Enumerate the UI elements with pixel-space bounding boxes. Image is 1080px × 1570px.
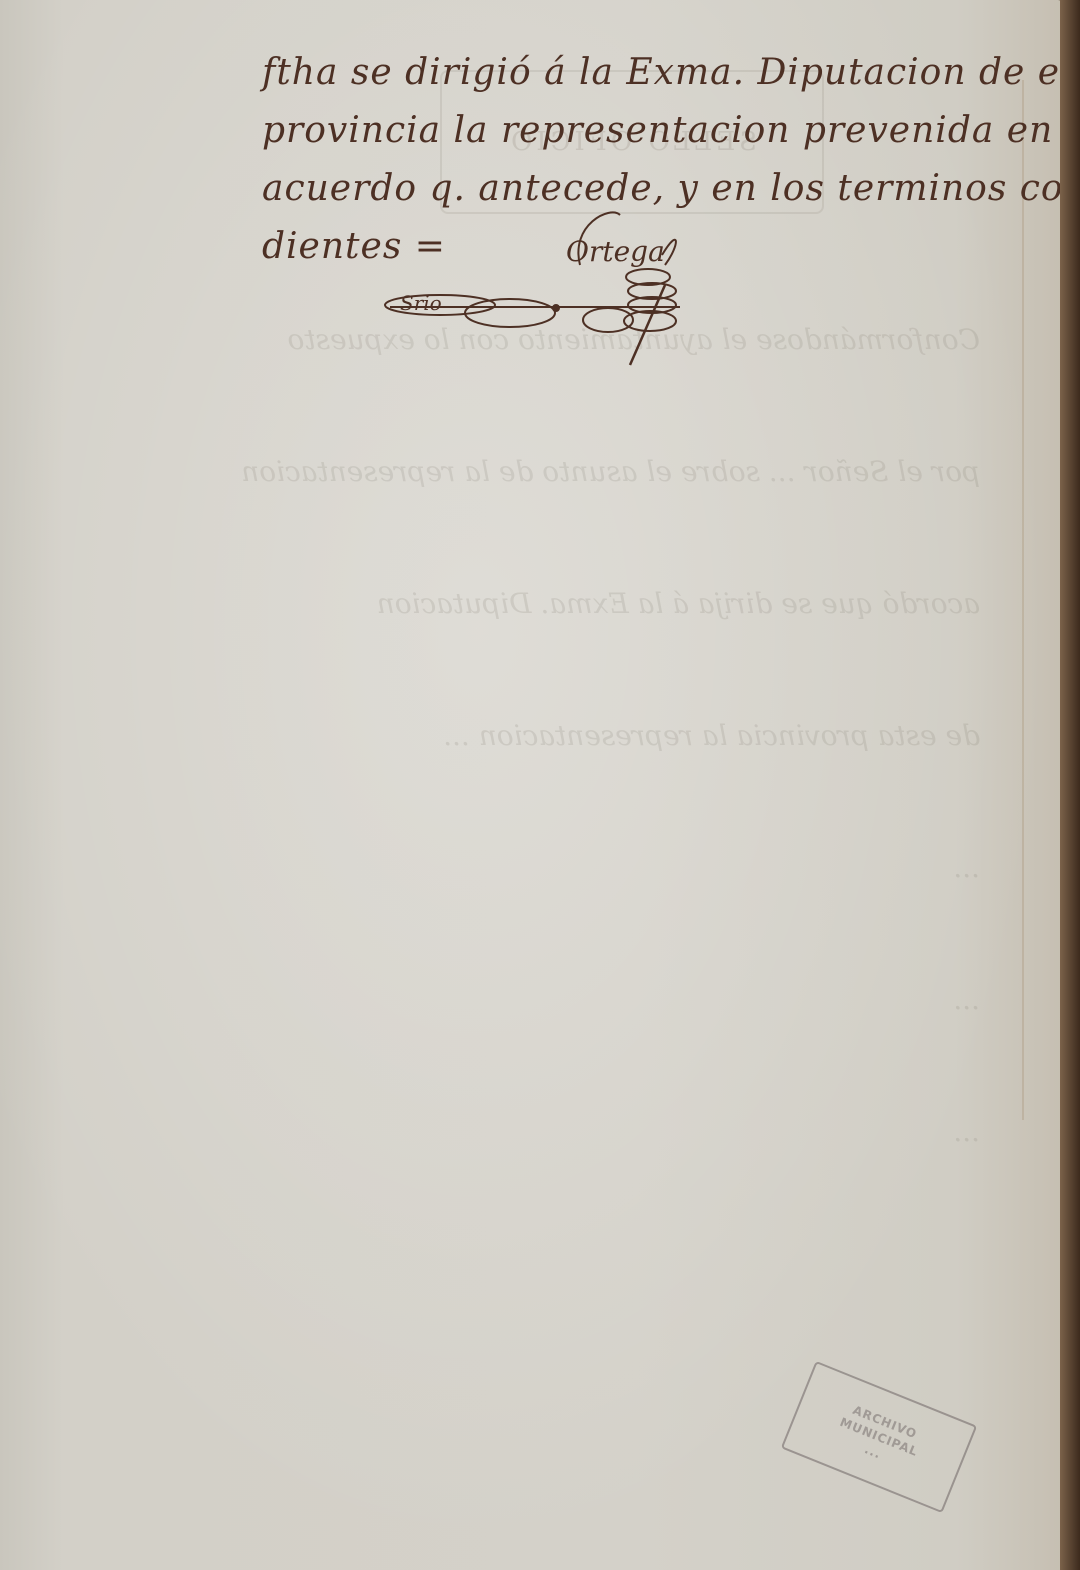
bleed-through-text: Conformándose el ayuntamiento con lo exp… xyxy=(20,230,980,1242)
bleed-line: de esta provincia la representacion ... xyxy=(20,714,980,758)
binding-edge xyxy=(1060,0,1080,1570)
bleed-line: ... xyxy=(20,978,980,1022)
bleed-line: por el Señor ... sobre el asunto de la r… xyxy=(20,450,980,494)
manuscript-page: SELLO OFICIO Conformándose el ayuntamien… xyxy=(0,0,1064,1570)
signature-name: Ortega xyxy=(566,235,665,268)
manuscript-line-2: provincia la representacion prevenida en… xyxy=(262,110,1080,151)
archive-stamp: ARCHIVO MUNICIPAL ... xyxy=(781,1361,978,1513)
bleed-line: ... xyxy=(20,1110,980,1154)
manuscript-line-3: acuerdo q. antecede, y en los terminos c… xyxy=(262,168,1080,209)
scanned-document: SELLO OFICIO Conformándose el ayuntamien… xyxy=(0,0,1080,1570)
signature-title: Srio xyxy=(400,291,442,315)
bleed-line: ... xyxy=(20,846,980,890)
rubric-flourish-icon xyxy=(380,205,700,375)
fold-line xyxy=(1022,80,1024,1120)
bleed-line: acordó que se dirija á la Exma. Diputaci… xyxy=(20,582,980,626)
manuscript-line-1: ftha se dirigió á la Exma. Diputacion de… xyxy=(262,52,1080,93)
signature-block: Ortega Srio xyxy=(380,205,700,375)
